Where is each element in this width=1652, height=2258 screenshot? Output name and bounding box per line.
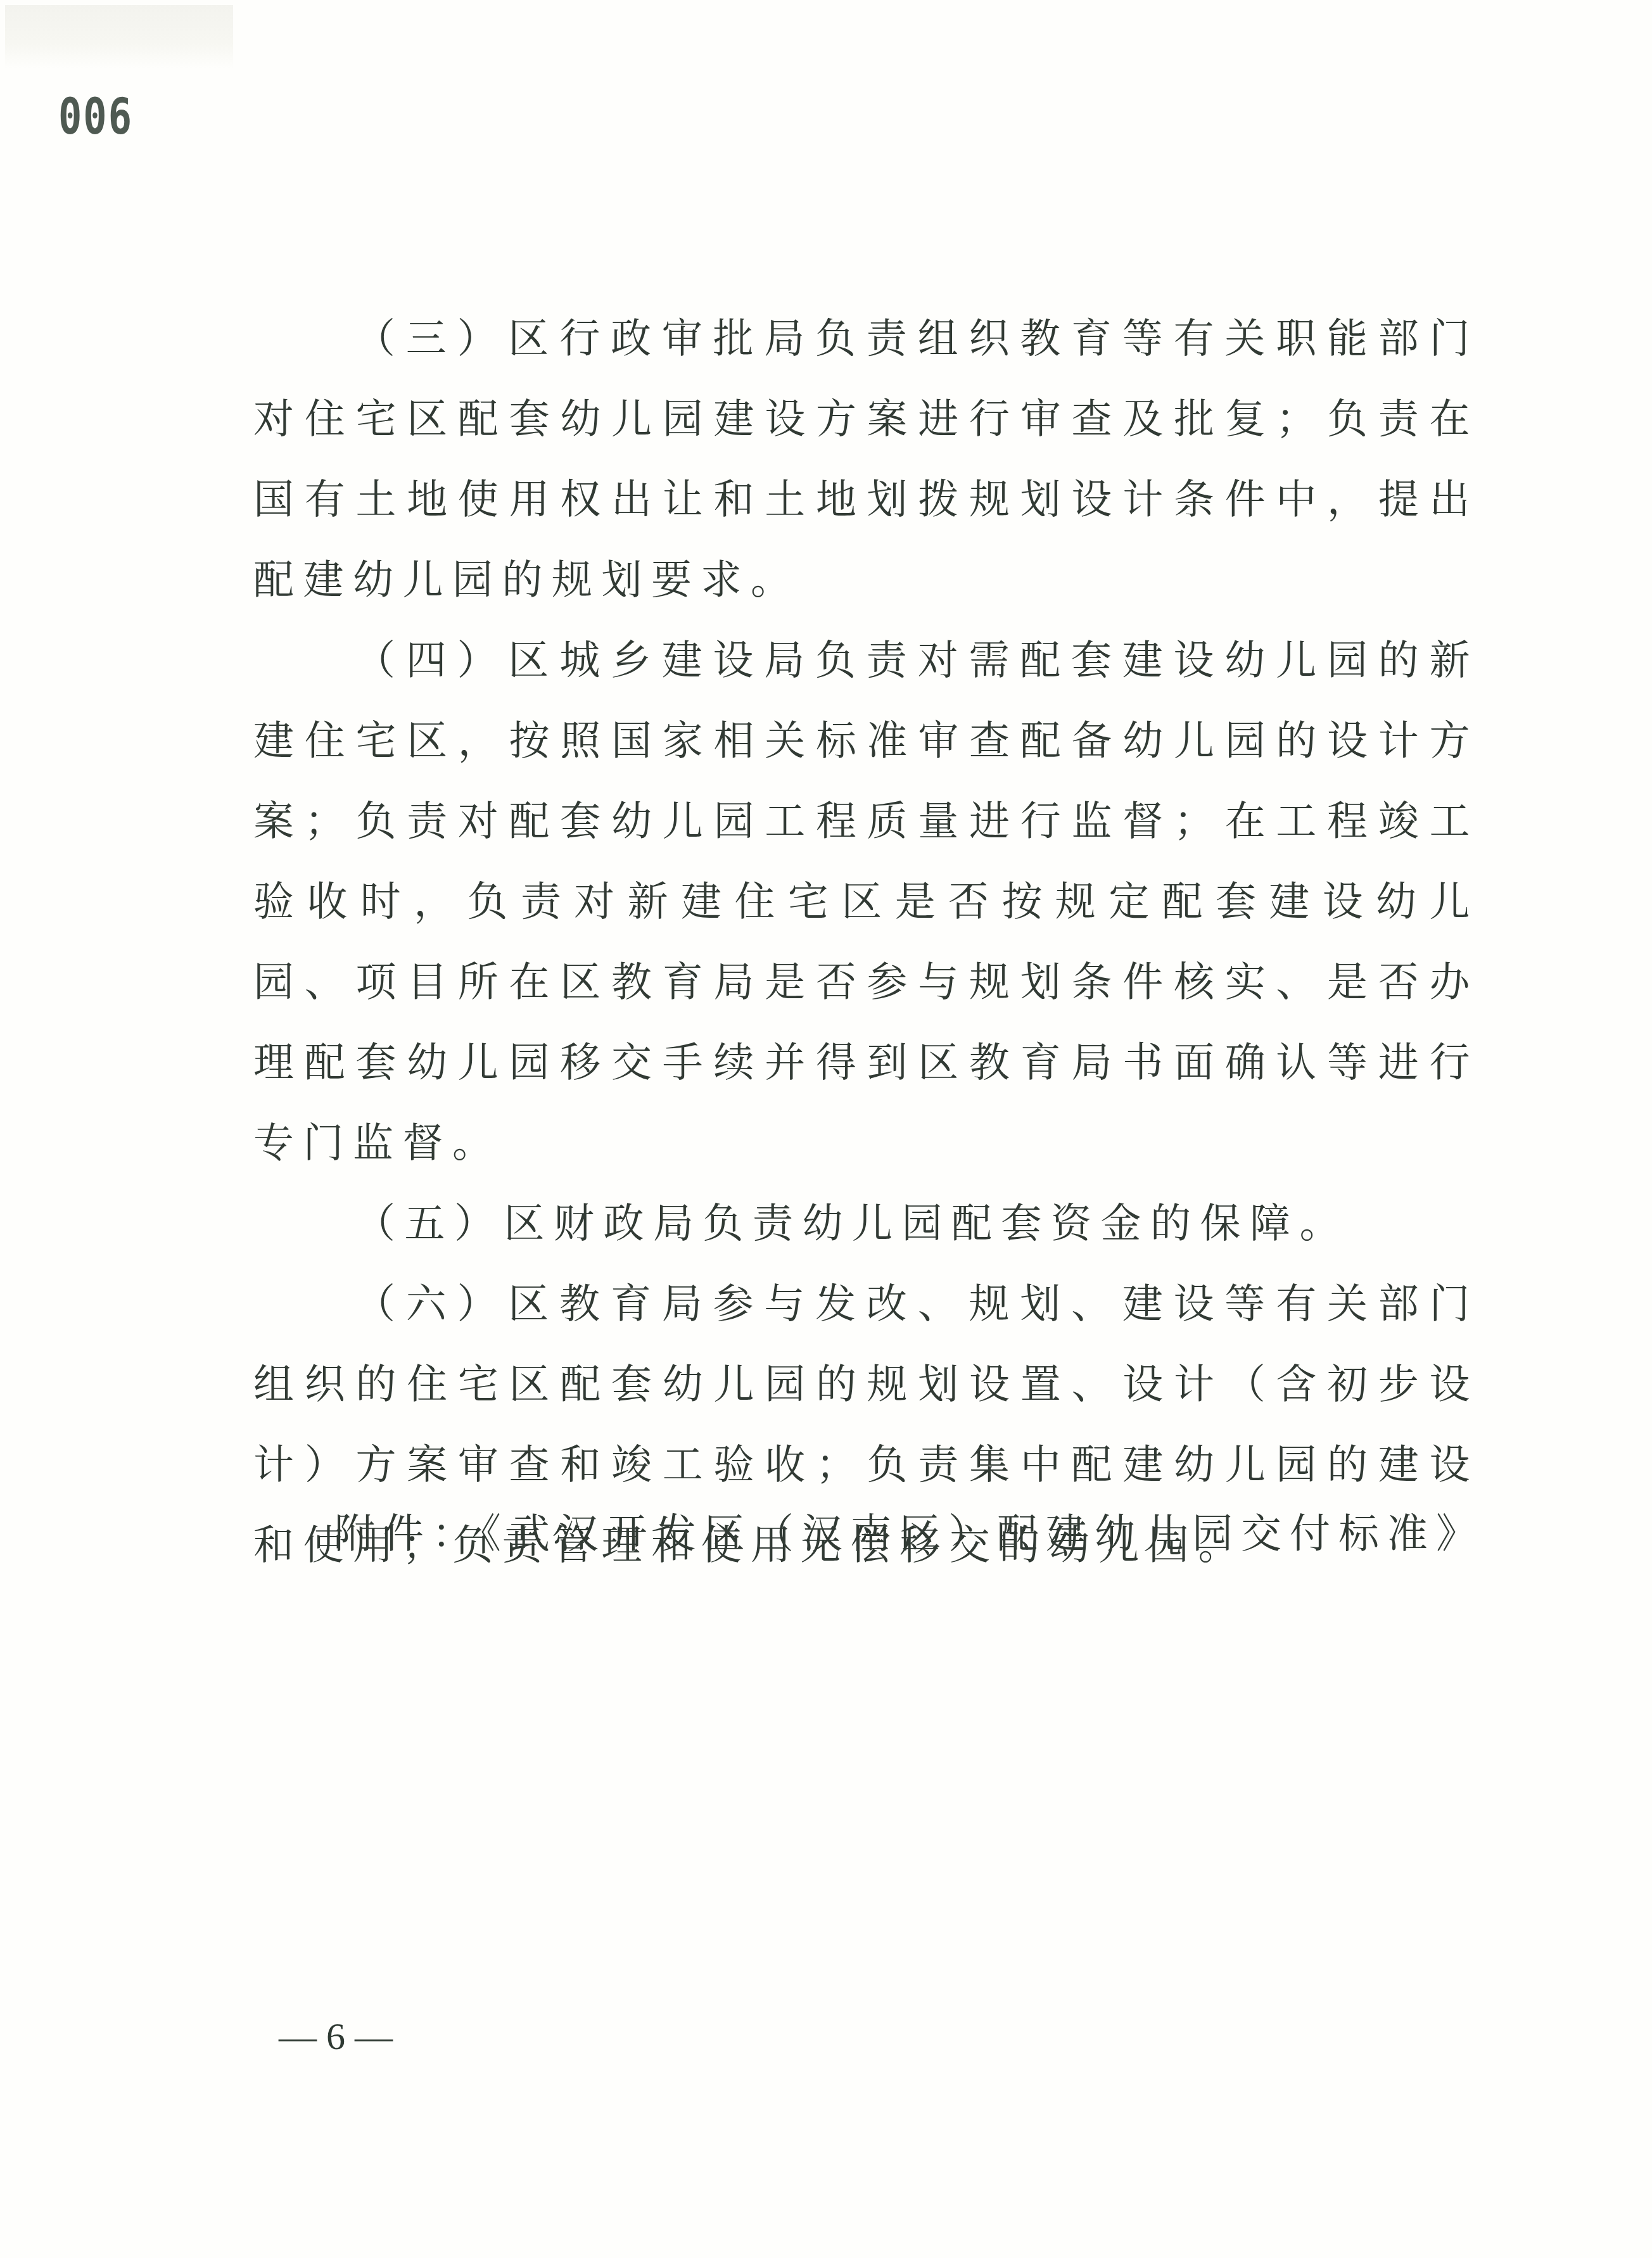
paragraph-four: （四）区城乡建设局负责对需配套建设幼儿园的新建住宅区，按照国家相关标准审查配备幼… [253,621,1479,1184]
stamp-page-number: 006 [58,87,133,145]
scan-artifact [5,5,233,68]
page-footer-number: — 6 — [279,2014,393,2058]
attachment-note: 附件：《武汉开发区（汉南区）配建幼儿园交付标准》 [334,1502,1485,1566]
document-body: （三）区行政审批局负责组织教育等有关职能部门对住宅区配套幼儿园建设方案进行审查及… [253,299,1479,1586]
paragraph-five: （五）区财政局负责幼儿园配套资金的保障。 [253,1184,1479,1264]
paragraph-three: （三）区行政审批局负责组织教育等有关职能部门对住宅区配套幼儿园建设方案进行审查及… [253,299,1479,621]
